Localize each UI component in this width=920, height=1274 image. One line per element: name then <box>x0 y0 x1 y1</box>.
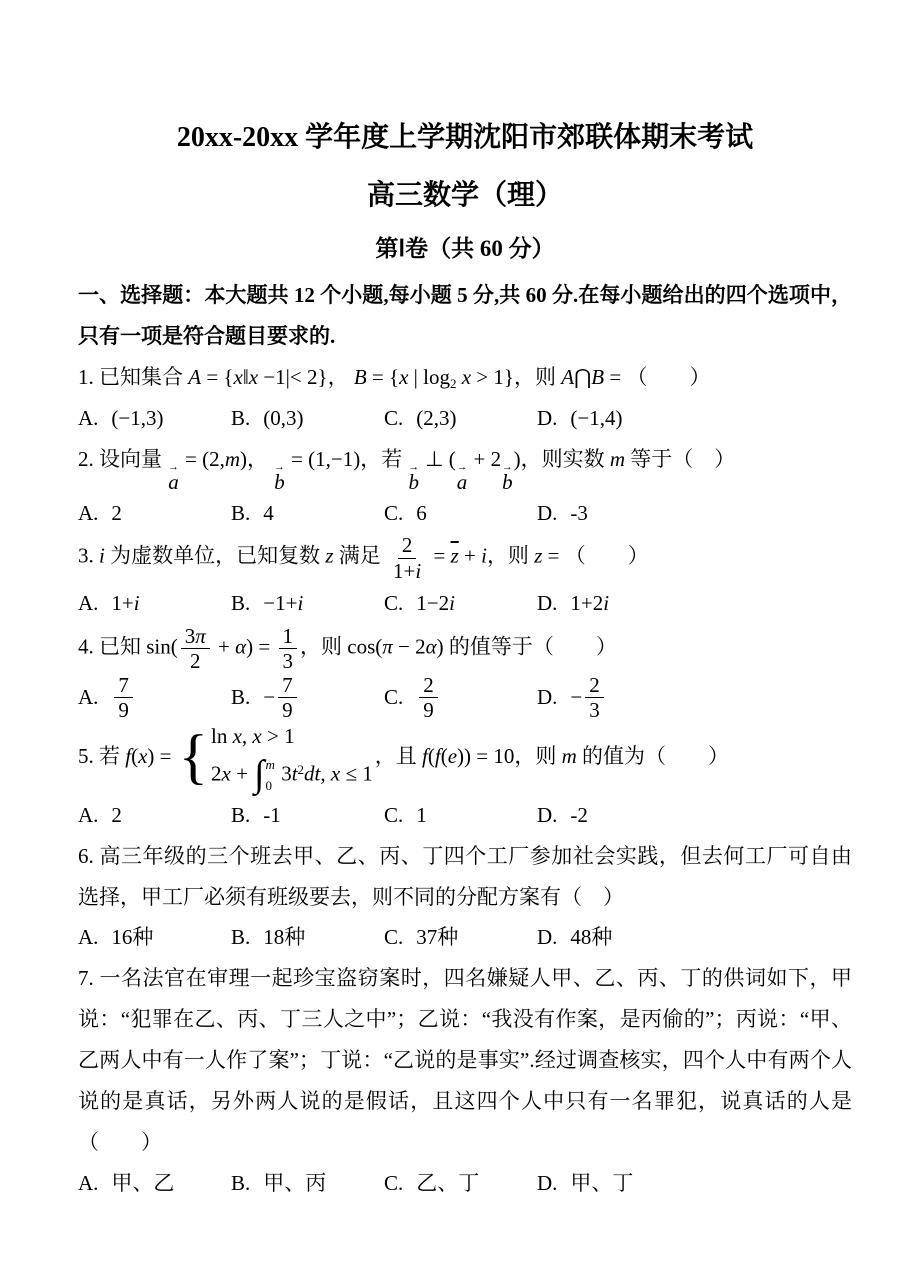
math-var: e <box>448 744 457 768</box>
option-item: A.2 <box>78 795 223 836</box>
options-row: A.79B.−79C.29D.−23 <box>78 673 852 722</box>
option-item: D.48 种 <box>537 917 682 958</box>
option-content: 79 <box>111 673 136 722</box>
vector: →a <box>457 465 468 492</box>
math-text: ) <box>240 447 247 471</box>
option-label: C. <box>384 917 403 958</box>
math-text: ⊥ ( <box>420 447 456 471</box>
fraction-numerator: 7 <box>114 673 133 698</box>
option-label: B. <box>231 917 250 958</box>
case-row: 2x + ∫m0 3t2dt, x ≤ 1 <box>211 756 373 795</box>
math-text: ≤ 1 <box>340 761 373 785</box>
math-var: x <box>252 724 261 748</box>
option-content: −23 <box>570 673 606 722</box>
math-text: = <box>604 365 626 389</box>
math-text: 48 <box>570 917 591 958</box>
math-text: 2 <box>589 673 600 697</box>
math-var: i <box>603 583 609 624</box>
option-label: A. <box>78 583 98 624</box>
math-text: + 2 <box>468 447 501 471</box>
option-content: 1−2i <box>416 583 455 624</box>
math-text: 2 <box>111 493 122 534</box>
math-var: α <box>235 634 246 658</box>
option-content: -3 <box>570 493 588 534</box>
question-stem: 1. 已知集合 A = {x‖x −1|< 2}， B = {x | log2 … <box>78 357 852 398</box>
text-run: 2. 设向量 <box>78 447 167 471</box>
math-text: 2 <box>111 795 122 836</box>
conjugate-bar: z <box>451 544 459 568</box>
option-item: B.甲、丙 <box>231 1163 376 1204</box>
option-label: A. <box>78 795 98 836</box>
option-label: B. <box>231 583 250 624</box>
option-content: -1 <box>263 795 281 836</box>
integral-lower: 0 <box>266 777 275 795</box>
math-text: 3 <box>283 649 294 673</box>
option-item: A.2 <box>78 493 223 534</box>
option-label: B. <box>231 795 250 836</box>
math-var: x <box>331 761 340 785</box>
option-item: D.−23 <box>537 673 682 722</box>
option-label: B. <box>231 1163 250 1204</box>
math-var: x <box>234 365 243 389</box>
text-run: 甲、丙 <box>263 1163 326 1204</box>
math-text: ) = <box>147 744 176 768</box>
option-content: 1+i <box>111 583 139 624</box>
vector: →b <box>274 465 285 492</box>
option-content: 甲、丙 <box>263 1163 326 1204</box>
text-run: （ ） <box>626 365 710 389</box>
math-text: ⋂ <box>574 365 591 389</box>
option-item: B.18 种 <box>231 917 376 958</box>
option-item: A.(−1,3) <box>78 398 223 439</box>
option-content: 16 种 <box>111 917 153 958</box>
text-run: ， <box>328 365 354 389</box>
case-rows: ln x, x > 12x + ∫m0 3t2dt, x ≤ 1 <box>211 722 373 794</box>
math-text: −1|< 2} <box>258 365 327 389</box>
fraction: 23 <box>585 673 604 722</box>
math-var: dt <box>304 761 320 785</box>
fraction-denominator: 9 <box>278 698 297 722</box>
math-var: π <box>195 624 206 648</box>
math-text: = (1,−1) <box>286 447 360 471</box>
math-text: 9 <box>423 698 434 722</box>
math-text: -3 <box>570 493 588 534</box>
math-text: ) = <box>246 634 275 658</box>
math-var: x <box>249 365 258 389</box>
math-text: , <box>242 724 253 748</box>
math-text: ( <box>428 744 435 768</box>
integral-icon: ∫ <box>254 757 264 793</box>
option-item: D.(−1,4) <box>537 398 682 439</box>
vector-base: a <box>457 471 468 493</box>
option-content: 2 <box>111 795 122 836</box>
fraction-denominator: 2 <box>186 649 205 673</box>
option-content: 甲、丁 <box>570 1163 633 1204</box>
vector: →b <box>408 465 419 492</box>
instructions-text: 一、选择题：本大题共 12 个小题,每小题 5 分,共 60 分.在每小题给出的… <box>78 275 852 357</box>
math-text: )) = 10 <box>457 744 514 768</box>
math-var: i <box>134 583 140 624</box>
fraction: 21+i <box>389 533 425 582</box>
text-run: 种 <box>437 917 458 958</box>
math-var: m <box>562 744 577 768</box>
vector-base: b <box>274 471 285 493</box>
math-var: x <box>233 724 242 748</box>
text-run: ，则 <box>300 634 347 658</box>
math-text: 1+ <box>393 559 415 583</box>
option-item: A.1+i <box>78 583 223 624</box>
math-text: 2 <box>211 761 222 785</box>
question-stem: 2. 设向量 →a = (2,m)， →b = (1,−1)，若 →b ⊥ (→… <box>78 439 852 493</box>
math-var: x <box>222 761 231 785</box>
math-var: i <box>415 559 421 583</box>
math-text: | log <box>408 365 450 389</box>
text-run: 的值为（ ） <box>577 744 729 768</box>
option-label: B. <box>231 493 250 534</box>
option-label: A. <box>78 1163 98 1204</box>
option-label: C. <box>384 795 403 836</box>
option-item: C.37 种 <box>384 917 529 958</box>
vector-base: a <box>168 471 179 493</box>
text-run: ，则 <box>514 744 561 768</box>
math-text: 1 <box>416 795 427 836</box>
fraction-numerator: 2 <box>398 533 417 558</box>
option-item: C.6 <box>384 493 529 534</box>
math-text: -1 <box>263 795 281 836</box>
text-run: （ ） <box>565 544 649 568</box>
math-text: cos( <box>347 634 382 658</box>
fraction: 29 <box>419 673 438 722</box>
section-heading: 第Ⅰ卷（共 60 分） <box>78 234 852 264</box>
math-text: + <box>231 761 253 785</box>
exam-title: 20xx-20xx 学年度上学期沈阳市郊联体期末考试 <box>78 120 852 155</box>
math-text: 3 <box>185 624 196 648</box>
text-run: ，则 <box>487 544 534 568</box>
option-content: −79 <box>263 673 299 722</box>
math-text: 9 <box>282 698 293 722</box>
option-content: 37 种 <box>416 917 458 958</box>
fraction-numerator: 2 <box>585 673 604 698</box>
question-stem: 4. 已知 sin(3π2 + α) = 13，则 cos(π − 2α) 的值… <box>78 624 852 673</box>
math-text: 6 <box>416 493 427 534</box>
option-label: C. <box>384 493 403 534</box>
fraction-denominator: 1+i <box>389 559 425 583</box>
text-run: 甲、丁 <box>570 1163 633 1204</box>
text-run: ， <box>247 447 273 471</box>
math-text: 3 <box>589 698 600 722</box>
math-text: = { <box>201 365 233 389</box>
math-text: > 1 <box>262 724 295 748</box>
math-text: 1−2 <box>416 583 449 624</box>
option-content: 1 <box>416 795 427 836</box>
text-run: 1. 已知集合 <box>78 365 188 389</box>
math-text: − 2 <box>393 634 426 658</box>
math-text: ) <box>514 447 521 471</box>
option-item: C.1 <box>384 795 529 836</box>
option-label: B. <box>231 677 250 718</box>
math-text: 7 <box>282 673 293 697</box>
option-item: B.-1 <box>231 795 376 836</box>
math-text: = <box>542 544 564 568</box>
option-label: D. <box>537 398 557 439</box>
text-run: ，且 <box>375 744 422 768</box>
option-content: (2,3) <box>416 398 456 439</box>
math-text: 1 <box>283 624 294 648</box>
options-row: A.2B.-1C.1D.-2 <box>78 795 852 836</box>
text-run: 7. 一名法官在审理一起珍宝盗窃案时，四名嫌疑人甲、乙、丙、丁的供词如下，甲说：… <box>78 966 852 1154</box>
options-row: A.甲、乙B.甲、丙C.乙、丁D.甲、丁 <box>78 1163 852 1204</box>
option-item: D.甲、丁 <box>537 1163 682 1204</box>
math-text: ln <box>211 724 233 748</box>
option-item: B.4 <box>231 493 376 534</box>
option-item: B.−79 <box>231 673 376 722</box>
math-var: m <box>225 447 240 471</box>
option-label: C. <box>384 677 403 718</box>
fraction-numerator: 7 <box>278 673 297 698</box>
option-content: 29 <box>416 673 441 722</box>
option-content: 6 <box>416 493 427 534</box>
math-text: ) <box>437 634 449 658</box>
option-content: −1+i <box>263 583 303 624</box>
option-label: A. <box>78 493 98 534</box>
options-row: A.(−1,3)B.(0,3)C.(2,3)D.(−1,4) <box>78 398 852 439</box>
piecewise-cases: {ln x, x > 12x + ∫m0 3t2dt, x ≤ 1 <box>179 722 373 794</box>
math-text: (−1,3) <box>111 398 163 439</box>
question-stem: 6. 高三年级的三个班去甲、乙、丙、丁四个工厂参加社会实践，但去何工厂可自由选择… <box>78 836 852 918</box>
math-text: 16 <box>111 917 132 958</box>
option-content: 2 <box>111 493 122 534</box>
question-stem: 7. 一名法官在审理一起珍宝盗窃案时，四名嫌疑人甲、乙、丙、丁的供词如下，甲说：… <box>78 958 852 1163</box>
math-text: (−1,4) <box>570 398 622 439</box>
math-text: 18 <box>263 917 284 958</box>
math-text: 1+2 <box>570 583 603 624</box>
math-text: = { <box>367 365 399 389</box>
case-row: ln x, x > 1 <box>211 722 373 750</box>
text-run: 甲、乙 <box>111 1163 174 1204</box>
option-item: B.(0,3) <box>231 398 376 439</box>
options-row: A.16 种B.18 种C.37 种D.48 种 <box>78 917 852 958</box>
fraction: 79 <box>278 673 297 722</box>
math-var: i <box>297 583 303 624</box>
option-content: 4 <box>263 493 274 534</box>
text-run: 满足 <box>334 544 387 568</box>
exam-subtitle: 高三数学（理） <box>78 178 852 213</box>
math-text: sin( <box>146 634 178 658</box>
option-item: C.(2,3) <box>384 398 529 439</box>
option-item: D.-2 <box>537 795 682 836</box>
option-item: A.16 种 <box>78 917 223 958</box>
option-label: D. <box>537 493 557 534</box>
option-label: D. <box>537 917 557 958</box>
text-run: 6. 高三年级的三个班去甲、乙、丙、丁四个工厂参加社会实践，但去何工厂可自由选择… <box>78 844 852 909</box>
text-run: ，则实数 <box>521 447 610 471</box>
option-content: -2 <box>570 795 588 836</box>
math-var: π <box>382 634 393 658</box>
option-item: D.-3 <box>537 493 682 534</box>
math-var: A <box>188 365 201 389</box>
math-text: 4 <box>263 493 274 534</box>
vector: →b <box>502 465 513 492</box>
math-var: i <box>449 583 455 624</box>
option-item: B.−1+i <box>231 583 376 624</box>
text-run: 为虚数单位，已知复数 <box>105 544 326 568</box>
option-content: 48 种 <box>570 917 612 958</box>
option-label: C. <box>384 1163 403 1204</box>
option-item: D.1+2i <box>537 583 682 624</box>
options-row: A.2B.4C.6D.-3 <box>78 493 852 534</box>
math-text: 3 <box>276 761 292 785</box>
math-text: = <box>428 544 450 568</box>
exam-page: 20xx-20xx 学年度上学期沈阳市郊联体期末考试 高三数学（理） 第Ⅰ卷（共… <box>0 0 920 1204</box>
text-run: ，则 <box>514 365 561 389</box>
option-item: A.79 <box>78 673 223 722</box>
option-label: A. <box>78 677 98 718</box>
vector: →a <box>168 465 179 492</box>
text-run: 5. 若 <box>78 744 125 768</box>
math-var: A <box>561 365 574 389</box>
option-content: 18 种 <box>263 917 305 958</box>
curly-brace-icon: { <box>179 728 208 789</box>
math-text: 7 <box>118 673 129 697</box>
math-text: + <box>213 634 235 658</box>
math-text: 2 <box>190 649 201 673</box>
math-var: m <box>610 447 625 471</box>
math-text: 37 <box>416 917 437 958</box>
options-row: A.1+iB.−1+iC.1−2iD.1+2i <box>78 583 852 624</box>
fraction-denominator: 9 <box>114 698 133 722</box>
text-run: 3. <box>78 544 99 568</box>
text-run: 的值等于（ ） <box>449 634 617 658</box>
option-content: 乙、丁 <box>416 1163 479 1204</box>
integral-limits: m0 <box>266 756 275 795</box>
fraction-denominator: 3 <box>279 649 298 673</box>
fraction-numerator: 1 <box>279 624 298 649</box>
math-var: x <box>399 365 408 389</box>
text-run: 种 <box>132 917 153 958</box>
text-run: 4. 已知 <box>78 634 146 658</box>
text-run: 种 <box>284 917 305 958</box>
question-stem: 3. i 为虚数单位，已知复数 z 满足 21+i = z + i，则 z = … <box>78 533 852 582</box>
fraction: 13 <box>279 624 298 673</box>
math-text: − <box>263 677 275 718</box>
math-text: , <box>320 761 331 785</box>
option-content: (−1,3) <box>111 398 163 439</box>
fraction-denominator: 9 <box>419 698 438 722</box>
math-text: (0,3) <box>263 398 303 439</box>
text-run: 等于（ ） <box>625 447 735 471</box>
fraction-numerator: 3π <box>181 624 210 649</box>
math-text: -2 <box>570 795 588 836</box>
math-text: = (2, <box>180 447 225 471</box>
vector-base: b <box>502 471 513 493</box>
text-run: 乙、丁 <box>416 1163 479 1204</box>
text-run: 种 <box>591 917 612 958</box>
math-text: ( <box>441 744 448 768</box>
math-text: + <box>459 544 481 568</box>
option-item: C.1−2i <box>384 583 529 624</box>
math-text: − <box>570 677 582 718</box>
option-item: A.甲、乙 <box>78 1163 223 1204</box>
option-label: D. <box>537 1163 557 1204</box>
vector-base: b <box>408 471 419 493</box>
option-content: 甲、乙 <box>111 1163 174 1204</box>
option-label: A. <box>78 398 98 439</box>
fraction-numerator: 2 <box>419 673 438 698</box>
integral-upper: m <box>266 756 275 774</box>
option-content: (−1,4) <box>570 398 622 439</box>
question-stem: 5. 若 f(x) = {ln x, x > 12x + ∫m0 3t2dt, … <box>78 722 852 794</box>
option-label: D. <box>537 677 557 718</box>
integral: ∫m0 <box>254 756 275 795</box>
math-var: B <box>354 365 367 389</box>
option-item: C.29 <box>384 673 529 722</box>
option-label: D. <box>537 795 557 836</box>
fraction: 79 <box>114 673 133 722</box>
math-var: x <box>456 365 471 389</box>
math-text: 2 <box>423 673 434 697</box>
text-run: ，若 <box>360 447 407 471</box>
fraction: 3π2 <box>181 624 210 673</box>
option-label: A. <box>78 917 98 958</box>
option-label: C. <box>384 398 403 439</box>
option-content: (0,3) <box>263 398 303 439</box>
math-text: 1+ <box>111 583 133 624</box>
math-text: (2,3) <box>416 398 456 439</box>
math-text: > 1} <box>471 365 514 389</box>
option-label: D. <box>537 583 557 624</box>
math-text: 2 <box>402 533 413 557</box>
option-label: C. <box>384 583 403 624</box>
option-item: C.乙、丁 <box>384 1163 529 1204</box>
math-text: 9 <box>118 698 129 722</box>
math-var: B <box>591 365 604 389</box>
math-var: α <box>426 634 437 658</box>
math-text: −1+ <box>263 583 297 624</box>
questions: 1. 已知集合 A = {x‖x −1|< 2}， B = {x | log2 … <box>78 357 852 1204</box>
option-content: 1+2i <box>570 583 609 624</box>
fraction-denominator: 3 <box>585 698 604 722</box>
option-label: B. <box>231 398 250 439</box>
math-var: z <box>325 544 333 568</box>
